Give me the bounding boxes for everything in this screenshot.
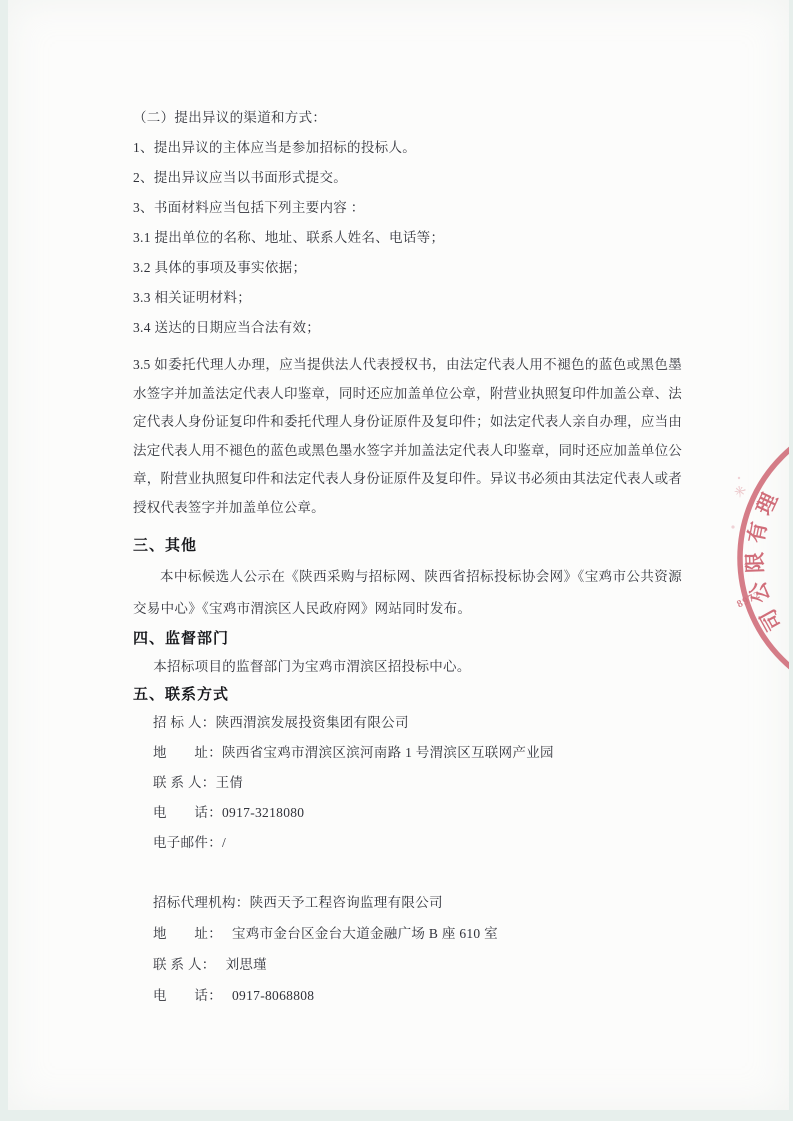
contact-value: 陕西天予工程咨询监理有限公司 [250, 895, 443, 910]
agency-row: 电 话：0917-8068808 [153, 980, 682, 1011]
agency-row: 联 系 人：刘思瑾 [153, 949, 682, 980]
seal-arc-char: 理 [752, 489, 783, 519]
section-other-heading: 三、其他 [133, 531, 682, 561]
objection-item: 3.4 送达的日期应当合法有效； [133, 313, 682, 343]
contact-value: 王倩 [216, 775, 244, 790]
contact-label: 电子邮件： [153, 835, 222, 850]
contact-label: 电 话： [153, 988, 222, 1003]
contact-label: 电 话： [153, 805, 222, 820]
contact-value: 刘思瑾 [216, 957, 267, 972]
objection-item: 3.3 相关证明材料； [133, 283, 682, 313]
scan-page: （二）提出异议的渠道和方式： 1、提出异议的主体应当是参加招标的投标人。 2、提… [8, 0, 789, 1110]
seal-faint-char: 米 [731, 483, 748, 500]
tenderer-row: 地 址：陕西省宝鸡市渭滨区滨河南路 1 号渭滨区互联网产业园 [153, 738, 682, 768]
seal-arc-char: 有 [744, 520, 772, 545]
company-seal-stamp: 理 有 限 公 司 8972 米 [708, 430, 789, 690]
objection-item: 3、书面材料应当包括下列主要内容 ： [133, 193, 682, 223]
contact-label: 联 系 人： [153, 957, 216, 972]
agency-row: 地 址：宝鸡市金台区金台大道金融广场 B 座 610 室 [153, 918, 682, 949]
contact-label: 地 址： [153, 926, 222, 941]
contact-value: 0917-3218080 [222, 805, 304, 820]
section-other-body: 本中标候选人公示在《陕西采购与招标网、陕西省招标投标协会网》《宝鸡市公共资源交易… [133, 561, 682, 624]
agency-block: 招标代理机构：陕西天予工程咨询监理有限公司 地 址：宝鸡市金台区金台大道金融广场… [133, 887, 682, 1011]
contact-value: 宝鸡市金台区金台大道金融广场 B 座 610 室 [222, 926, 498, 941]
objection-item: 3.2 具体的事项及事实依据； [133, 253, 682, 283]
contact-label: 联 系 人： [153, 775, 216, 790]
seal-arc-char: 限 [743, 552, 768, 574]
objection-channel-heading: （二）提出异议的渠道和方式： [133, 103, 682, 133]
document-content: （二）提出异议的渠道和方式： 1、提出异议的主体应当是参加招标的投标人。 2、提… [133, 0, 682, 1011]
objection-item-3-5: 3.5 如委托代理人办理，应当提供法人代表授权书，由法定代表人用不褪色的蓝色或黑… [133, 351, 682, 522]
contact-label: 招 标 人： [153, 715, 216, 730]
contact-label: 招标代理机构： [153, 895, 250, 910]
section-supervision-heading: 四、监督部门 [133, 624, 682, 653]
seal-ring-icon [740, 430, 789, 690]
seal-arc-char: 司 [755, 605, 786, 635]
seal-arc-char: 公 [745, 579, 774, 606]
objection-item: 3.1 提出单位的名称、地址、联系人姓名、电话等； [133, 223, 682, 253]
tenderer-row: 招 标 人：陕西渭滨发展投资集团有限公司 [153, 708, 682, 738]
contact-value: / [222, 835, 226, 850]
contact-value: 陕西渭滨发展投资集团有限公司 [216, 715, 409, 730]
tenderer-row: 电 话：0917-3218080 [153, 798, 682, 828]
tenderer-row: 联 系 人：王倩 [153, 768, 682, 798]
seal-serial-number: 8972 [735, 590, 762, 611]
objection-item: 2、提出异议应当以书面形式提交。 [133, 163, 682, 193]
contact-value: 陕西省宝鸡市渭滨区滨河南路 1 号渭滨区互联网产业园 [222, 745, 554, 760]
contact-label: 地 址： [153, 745, 222, 760]
section-contact-heading: 五、联系方式 [133, 681, 682, 708]
tenderer-row: 电子邮件：/ [153, 828, 682, 858]
contact-value: 0917-8068808 [222, 988, 314, 1003]
agency-row: 招标代理机构：陕西天予工程咨询监理有限公司 [153, 887, 682, 918]
section-supervision-body: 本招标项目的监督部门为宝鸡市渭滨区招投标中心。 [133, 653, 682, 681]
tenderer-block: 招 标 人：陕西渭滨发展投资集团有限公司 地 址：陕西省宝鸡市渭滨区滨河南路 1… [133, 708, 682, 858]
objection-item: 1、提出异议的主体应当是参加招标的投标人。 [133, 133, 682, 163]
